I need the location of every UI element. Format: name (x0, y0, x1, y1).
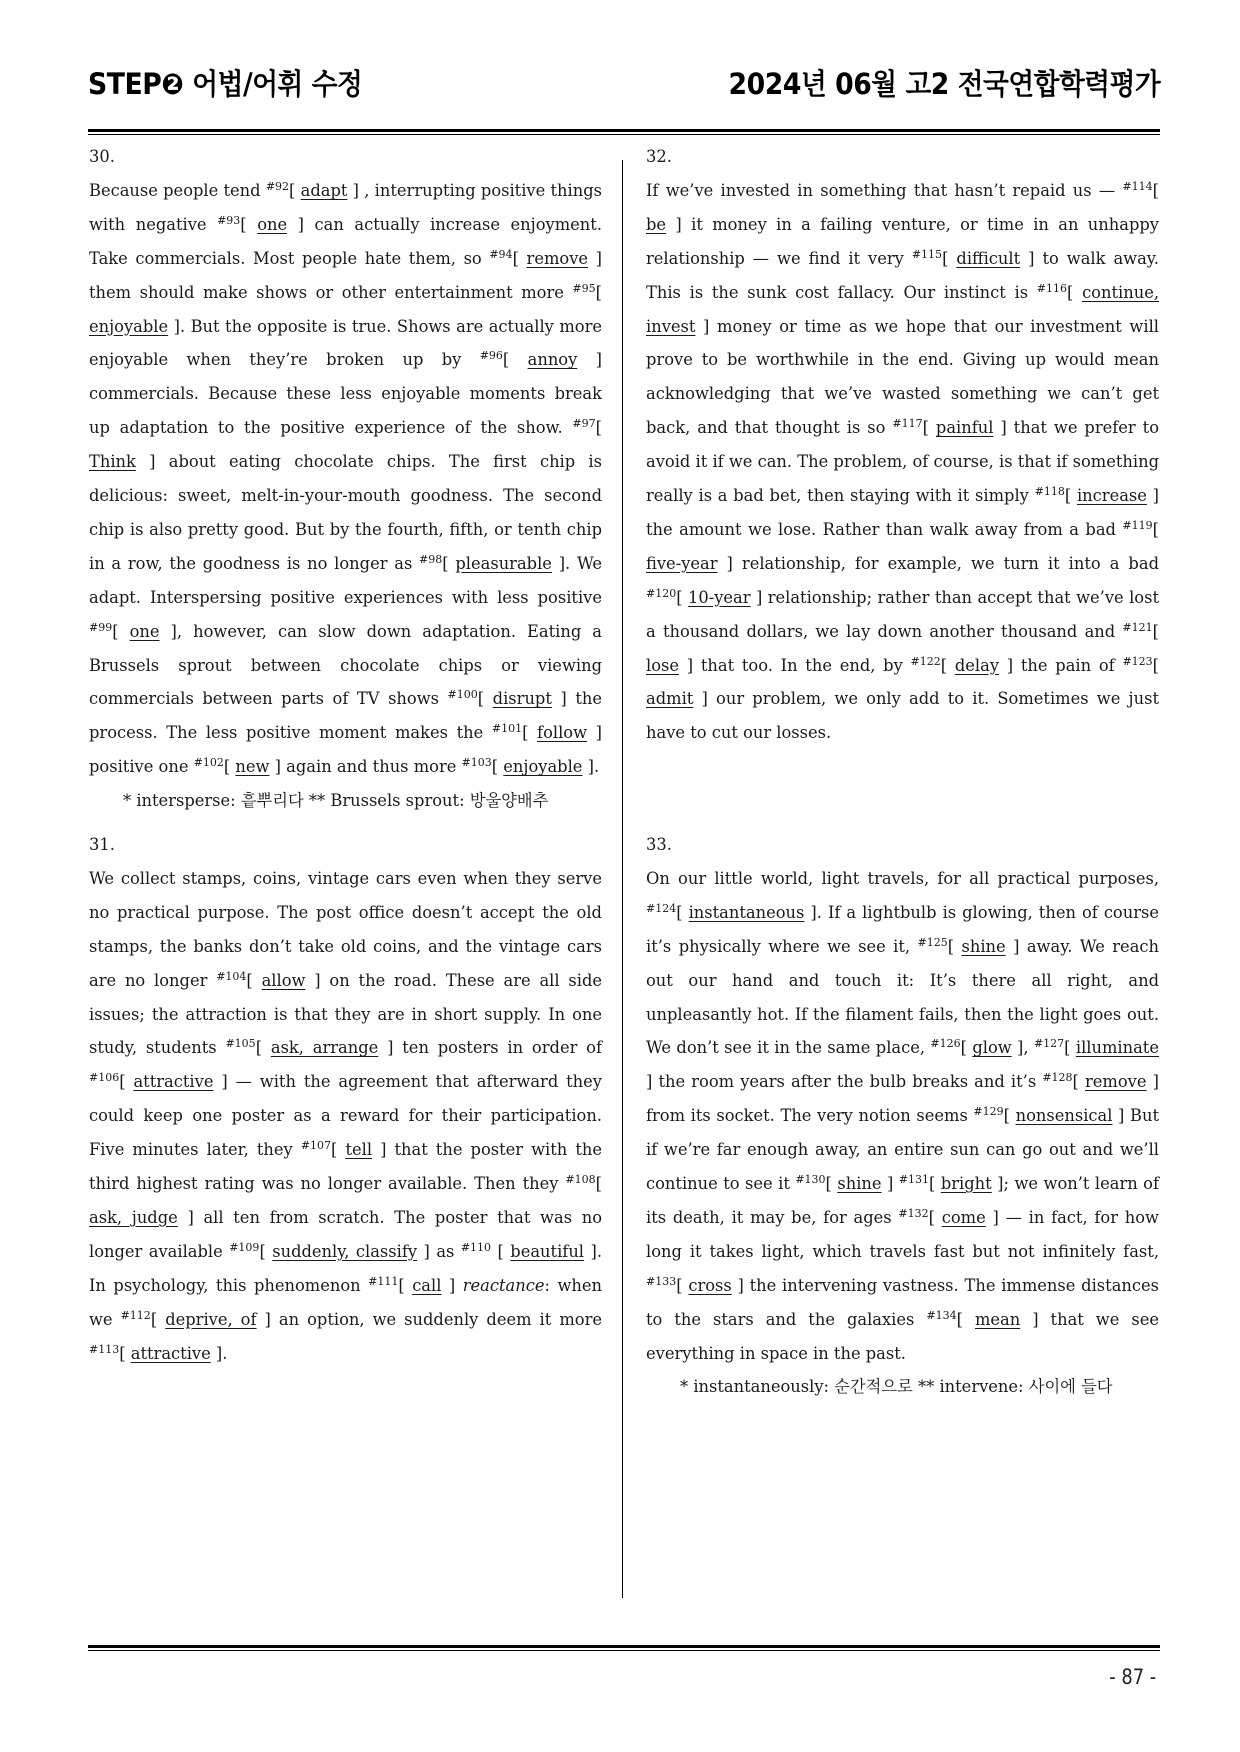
question-30: 30. Because people tend #92[ adapt ] , i… (89, 140, 602, 818)
passage-text: We collect stamps, coins, vintage cars e… (89, 862, 602, 1371)
answer-word: beautiful (510, 1242, 584, 1261)
passage-fragment: [ (1153, 622, 1159, 641)
answer-word: one (130, 622, 160, 641)
passage-fragment: ]. (582, 757, 599, 776)
passage-fragment: [ (948, 937, 962, 956)
passage-fragment: [ (957, 1310, 975, 1329)
footnote: * intersperse: 흩뿌리다 ** Brussels sprout: … (89, 784, 602, 818)
answer-word: tell (345, 1140, 372, 1159)
passage-fragment: ] that too. In the end, by (679, 656, 911, 675)
answer-word: increase (1077, 486, 1147, 505)
blank-number: #95 (572, 282, 595, 295)
answer-word: enjoyable (89, 317, 168, 336)
answer-word: bright (941, 1174, 992, 1193)
answer-word: follow (537, 723, 587, 742)
blank-number: #113 (89, 1343, 119, 1356)
answer-word: ask, judge (89, 1208, 178, 1227)
blank-number: #115 (912, 248, 942, 261)
passage-text: If we’ve invested in something that hasn… (646, 174, 1159, 750)
passage-fragment: ]. (211, 1344, 228, 1363)
passage-fragment: [ (331, 1140, 345, 1159)
passage-fragment: ] (441, 1276, 462, 1295)
blank-number: #93 (217, 214, 240, 227)
passage-fragment: ], (1012, 1038, 1034, 1057)
italic-term: reactance (463, 1276, 545, 1295)
passage-fragment: On our little world, light travels, for … (646, 869, 1159, 888)
passage-fragment: [ (676, 1276, 688, 1295)
answer-word: enjoyable (503, 757, 582, 776)
passage-fragment: [ (478, 689, 493, 708)
answer-word: attractive (131, 1344, 211, 1363)
blank-number: #127 (1034, 1037, 1064, 1050)
passage-fragment: [ (240, 215, 257, 234)
exam-title: 2024년 06월 고2 전국연합학력평가 (728, 62, 1160, 103)
answer-word: come (942, 1208, 986, 1227)
passage-fragment: ] (882, 1174, 899, 1193)
passage-text: On our little world, light travels, for … (646, 862, 1159, 1371)
blank-number: #134 (926, 1309, 956, 1322)
passage-fragment: [ (119, 1072, 133, 1091)
passage-fragment: [ (1153, 181, 1159, 200)
answer-word: shine (961, 937, 1005, 956)
question-number: 32. (646, 140, 1159, 174)
answer-word: five-year (646, 554, 718, 573)
passage-fragment: [ (491, 1242, 510, 1261)
blank-number: #98 (419, 553, 442, 566)
page-number: - 87 - (1109, 1665, 1156, 1689)
column-divider (622, 160, 623, 1598)
blank-number: #102 (194, 756, 224, 769)
blank-number: #92 (266, 180, 289, 193)
passage-fragment: [ (503, 350, 528, 369)
passage-fragment: [ (596, 418, 602, 437)
blank-number: #104 (216, 970, 246, 983)
blank-number: #111 (368, 1275, 398, 1288)
blank-number: #114 (1122, 180, 1152, 193)
blank-number: #107 (301, 1139, 331, 1152)
answer-word: remove (1085, 1072, 1147, 1091)
passage-fragment: ] relationship, for example, we turn it … (718, 554, 1159, 573)
blank-number: #122 (911, 655, 941, 668)
answer-word: disrupt (493, 689, 552, 708)
question-32: 32. If we’ve invested in something that … (646, 140, 1159, 750)
answer-word: instantaneous (689, 903, 805, 922)
passage-fragment: [ (256, 1038, 271, 1057)
footer-divider (88, 1645, 1160, 1651)
passage-fragment: [ (826, 1174, 838, 1193)
answer-word: delay (955, 656, 999, 675)
blank-number: #120 (646, 587, 676, 600)
passage-fragment: [ (1004, 1106, 1016, 1125)
footnote: * instantaneously: 순간적으로 ** intervene: 사… (646, 1370, 1159, 1404)
passage-fragment: [ (112, 622, 129, 641)
passage-fragment: [ (513, 249, 527, 268)
passage-fragment: Because people tend (89, 181, 266, 200)
answer-word: be (646, 215, 666, 234)
blank-number: #105 (225, 1037, 255, 1050)
blank-number: #109 (229, 1241, 259, 1254)
answer-word: shine (837, 1174, 881, 1193)
passage-fragment: [ (1065, 486, 1077, 505)
blank-number: #125 (917, 936, 947, 949)
passage-fragment: ] ten posters in order of (378, 1038, 602, 1057)
passage-fragment: [ (961, 1038, 973, 1057)
blank-number: #112 (121, 1309, 151, 1322)
passage-fragment: [ (259, 1242, 272, 1261)
question-number: 30. (89, 140, 602, 174)
page-header: STEP❷ 어법/어휘 수정 2024년 06월 고2 전국연합학력평가 (88, 62, 1160, 112)
blank-number: #108 (565, 1173, 595, 1186)
passage-fragment: [ (923, 418, 936, 437)
blank-number: #123 (1122, 655, 1152, 668)
blank-number: #101 (492, 722, 522, 735)
answer-word: mean (975, 1310, 1020, 1329)
answer-word: cross (688, 1276, 731, 1295)
answer-word: one (257, 215, 287, 234)
answer-word: admit (646, 689, 693, 708)
passage-fragment: ] an option, we suddenly deem it more (257, 1310, 602, 1329)
blank-number: #99 (89, 621, 112, 634)
question-31: 31. We collect stamps, coins, vintage ca… (89, 828, 602, 1370)
answer-word: allow (262, 971, 306, 990)
answer-word: nonsensical (1016, 1106, 1113, 1125)
blank-number: #100 (448, 688, 478, 701)
blank-number: #116 (1037, 282, 1067, 295)
passage-fragment: [ (929, 1208, 942, 1227)
passage-fragment: [ (492, 757, 504, 776)
passage-fragment: [ (1067, 283, 1082, 302)
header-divider (88, 129, 1160, 135)
passage-fragment: [ (1153, 520, 1159, 539)
passage-fragment: [ (596, 1174, 602, 1193)
answer-word: difficult (956, 249, 1020, 268)
answer-word: attractive (133, 1072, 213, 1091)
blank-number: #119 (1122, 519, 1152, 532)
blank-number: #129 (973, 1105, 1003, 1118)
answer-word: pleasurable (455, 554, 552, 573)
passage-fragment: [ (941, 656, 955, 675)
question-33: 33. On our little world, light travels, … (646, 828, 1159, 1404)
passage-fragment: If we’ve invested in something that hasn… (646, 181, 1122, 200)
answer-word: illuminate (1076, 1038, 1159, 1057)
answer-word: Think (89, 452, 136, 471)
blank-number: #117 (892, 417, 922, 430)
passage-fragment: [ (119, 1344, 131, 1363)
blank-number: #128 (1042, 1071, 1072, 1084)
blank-number: #131 (899, 1173, 929, 1186)
answer-word: glow (972, 1038, 1011, 1057)
blank-number: #118 (1035, 485, 1065, 498)
passage-fragment: ] our problem, we only add to it. Someti… (646, 689, 1159, 742)
passage-fragment: [ (1153, 656, 1159, 675)
blank-number: #124 (646, 902, 676, 915)
passage-fragment: [ (676, 588, 688, 607)
blank-number: #132 (898, 1207, 928, 1220)
passage-fragment: ] again and thus more (269, 757, 461, 776)
passage-fragment: ] the pain of (999, 656, 1122, 675)
passage-fragment: [ (522, 723, 537, 742)
passage-text: Because people tend #92[ adapt ] , inter… (89, 174, 602, 784)
question-number: 33. (646, 828, 1159, 862)
passage-fragment: [ (246, 971, 261, 990)
passage-fragment: [ (1064, 1038, 1076, 1057)
blank-number: #103 (462, 756, 492, 769)
passage-fragment: [ (1073, 1072, 1085, 1091)
answer-word: new (235, 757, 269, 776)
blank-number: #110 (461, 1241, 491, 1254)
answer-word: suddenly, classify (272, 1242, 417, 1261)
passage-fragment: [ (942, 249, 956, 268)
passage-fragment: [ (442, 554, 455, 573)
answer-word: adapt (301, 181, 348, 200)
passage-fragment: [ (151, 1310, 165, 1329)
blank-number: #121 (1122, 621, 1152, 634)
passage-fragment: [ (224, 757, 236, 776)
question-number: 31. (89, 828, 602, 862)
passage-fragment: [ (289, 181, 301, 200)
answer-word: ask, arrange (271, 1038, 378, 1057)
answer-word: 10-year (688, 588, 751, 607)
answer-word: lose (646, 656, 679, 675)
blank-number: #130 (795, 1173, 825, 1186)
blank-number: #94 (489, 248, 512, 261)
passage-fragment: [ (676, 903, 688, 922)
answer-word: annoy (528, 350, 578, 369)
blank-number: #96 (480, 349, 503, 362)
blank-number: #97 (572, 417, 595, 430)
passage-fragment: [ (596, 283, 602, 302)
passage-fragment: ] as (417, 1242, 461, 1261)
answer-word: painful (936, 418, 994, 437)
answer-word: call (412, 1276, 441, 1295)
section-title: STEP❷ 어법/어휘 수정 (88, 62, 362, 103)
answer-word: deprive, of (165, 1310, 256, 1329)
passage-fragment: [ (398, 1276, 412, 1295)
passage-fragment: ] the room years after the bulb breaks a… (646, 1072, 1042, 1091)
blank-number: #133 (646, 1275, 676, 1288)
answer-word: remove (527, 249, 589, 268)
blank-number: #106 (89, 1071, 119, 1084)
blank-number: #126 (930, 1037, 960, 1050)
passage-fragment: [ (929, 1174, 941, 1193)
